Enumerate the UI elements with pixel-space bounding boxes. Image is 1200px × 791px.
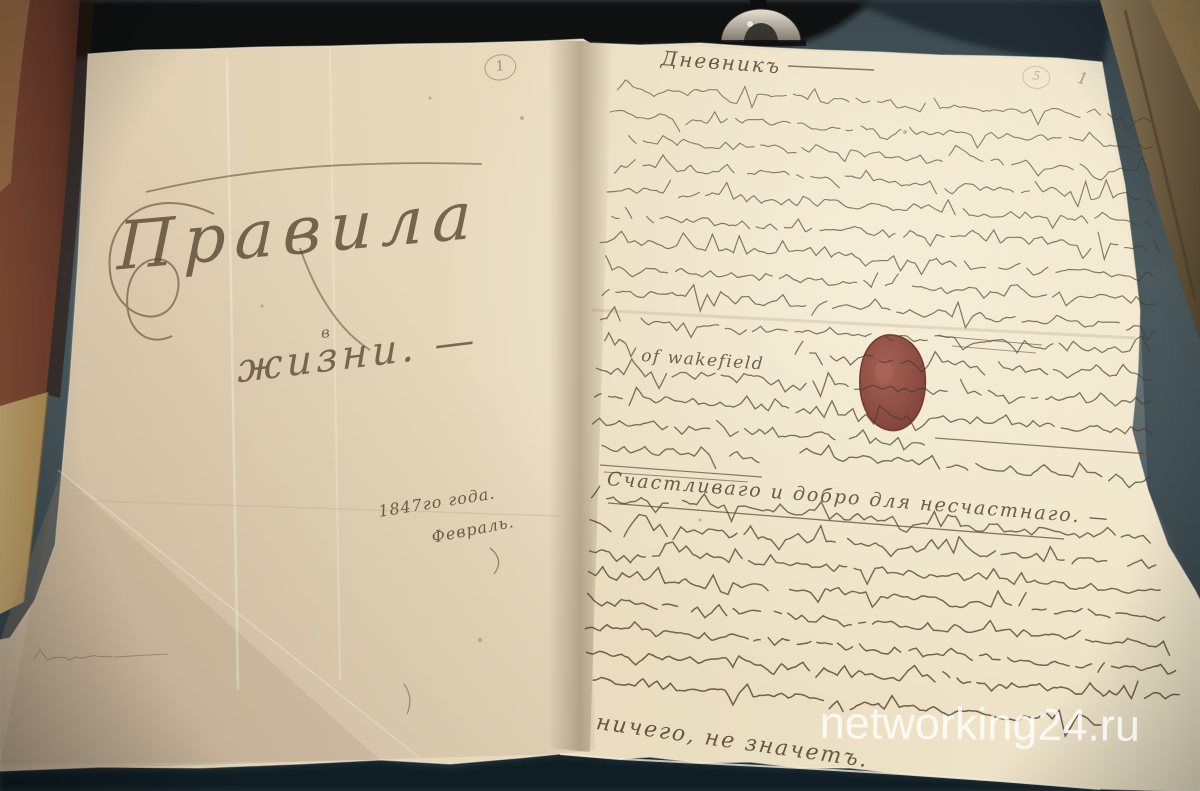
photo-scene — [0, 0, 1200, 791]
site-watermark: networking24.ru — [820, 697, 1141, 752]
photo-vignette — [0, 0, 1200, 791]
museum-photo: Правила в жизни. — 1847го года. Февраль.… — [0, 0, 1200, 791]
